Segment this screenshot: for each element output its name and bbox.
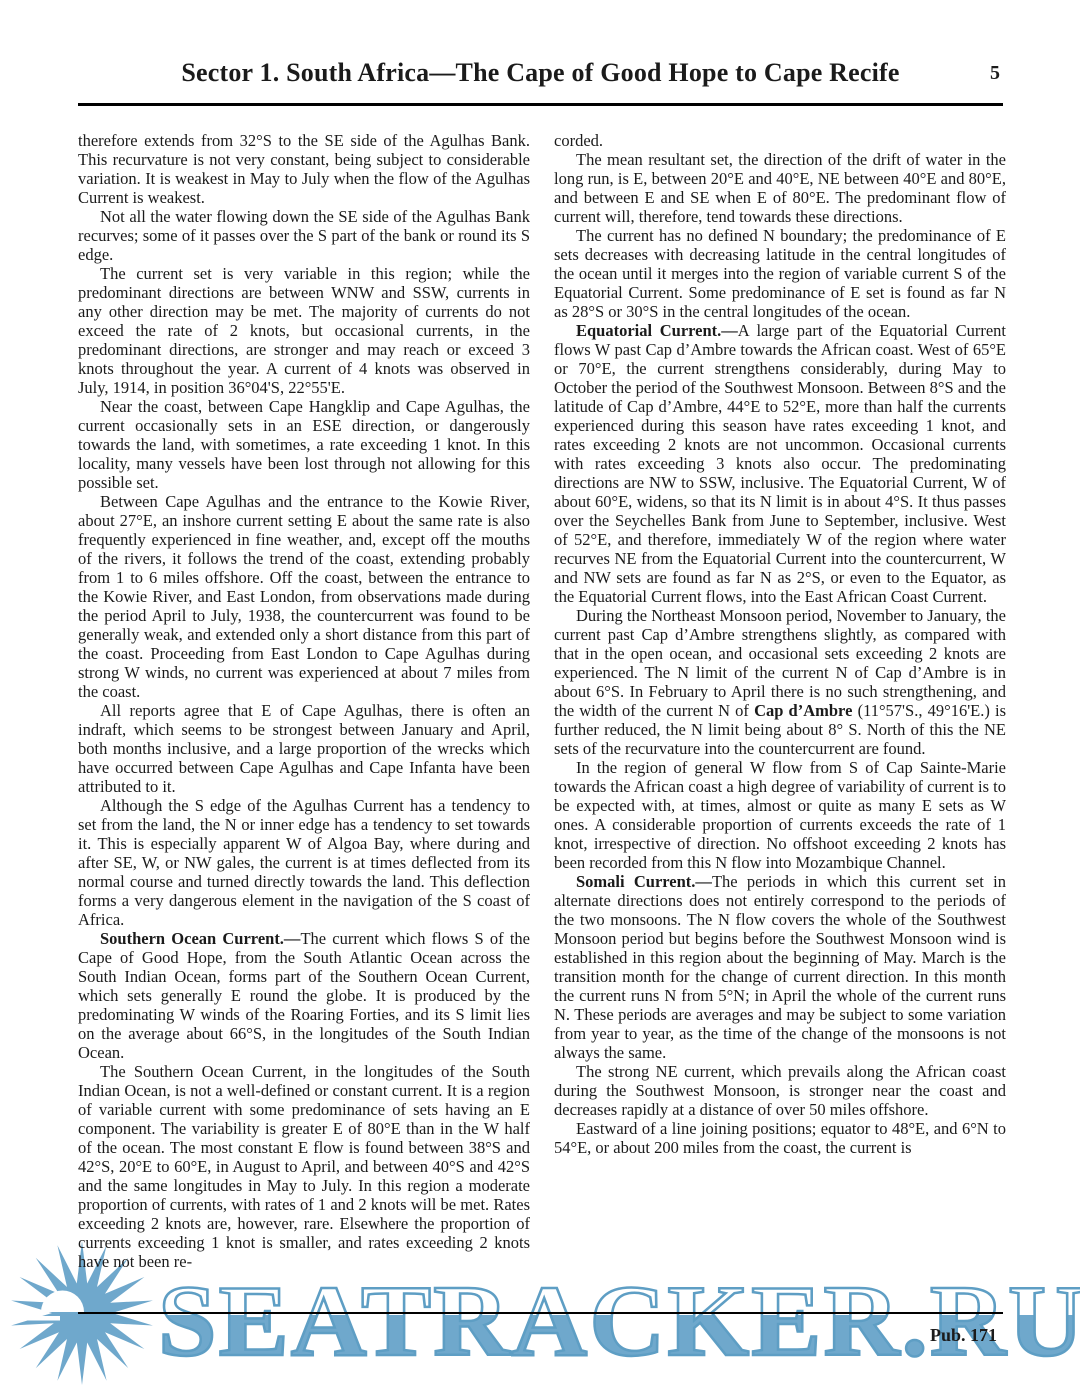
paragraph: The current set is very variable in this… [78,264,530,397]
header-rule [78,103,1003,106]
paragraph-text: Eastward of a line joining positions; eq… [554,1119,1006,1157]
paragraph-text: Near the coast, between Cape Hangklip an… [78,397,530,492]
paragraph: Between Cape Agulhas and the entrance to… [78,492,530,701]
paragraph-text: In the region of general W flow from S o… [554,758,1006,872]
paragraph-text: The current which flows S of the Cape of… [78,929,530,1062]
paragraph-text: The strong NE current, which prevails al… [554,1062,1006,1119]
paragraph-text: Between Cape Agulhas and the entrance to… [78,492,530,701]
paragraph-text: The current has no defined N boundary; t… [554,226,1006,321]
paragraph-text: therefore extends from 32°S to the SE si… [78,131,530,207]
paragraph: All reports agree that E of Cape Agulhas… [78,701,530,796]
paragraph: Although the S edge of the Agulhas Curre… [78,796,530,929]
paragraph: Near the coast, between Cape Hangklip an… [78,397,530,492]
paragraph-text: The mean resultant set, the direction of… [554,150,1006,226]
paragraph-text: The periods in which this current set in… [554,872,1006,1062]
paragraph: Somali Current.—The periods in which thi… [554,872,1006,1062]
paragraph: In the region of general W flow from S o… [554,758,1006,872]
paragraph-text: All reports agree that E of Cape Agulhas… [78,701,530,796]
paragraph: During the Northeast Monsoon period, Nov… [554,606,1006,758]
paragraph-text: Not all the water flowing down the SE si… [78,207,530,264]
paragraph: The current has no defined N boundary; t… [554,226,1006,321]
paragraph-lead-bold: Southern Ocean Current.— [100,929,300,948]
left-column: therefore extends from 32°S to the SE si… [78,131,530,1309]
paragraph: Not all the water flowing down the SE si… [78,207,530,264]
footer-rule [78,1312,1003,1314]
right-column: corded.The mean resultant set, the direc… [554,131,1006,1309]
publication-number: Pub. 171 [930,1325,997,1345]
page-title: Sector 1. South Africa—The Cape of Good … [78,60,1003,86]
paragraph-lead-bold: Cap d’Ambre [754,701,852,720]
paragraph: Eastward of a line joining positions; eq… [554,1119,1006,1157]
paragraph-text: Although the S edge of the Agulhas Curre… [78,796,530,929]
paragraph-lead-bold: Somali Current.— [576,872,712,891]
paragraph: Southern Ocean Current.—The current whic… [78,929,530,1062]
paragraph-text: The current set is very variable in this… [78,264,530,397]
paragraph-text: A large part of the Equatorial Current f… [554,321,1006,606]
paragraph-lead-bold: Equatorial Current.— [576,321,738,340]
paragraph: Equatorial Current.—A large part of the … [554,321,1006,606]
paragraph-text: corded. [554,131,603,150]
paragraph: The mean resultant set, the direction of… [554,150,1006,226]
paragraph: corded. [554,131,1006,150]
text-columns: therefore extends from 32°S to the SE si… [78,131,1006,1309]
page-number: 5 [990,63,1000,83]
sun-logo-horizon [18,1316,60,1321]
paragraph-text: The Southern Ocean Current, in the longi… [78,1062,530,1271]
paragraph: The strong NE current, which prevails al… [554,1062,1006,1119]
document-page: SEATRACKER.RU Sector 1. South Africa—The… [0,0,1080,1397]
paragraph: The Southern Ocean Current, in the longi… [78,1062,530,1271]
paragraph: therefore extends from 32°S to the SE si… [78,131,530,207]
